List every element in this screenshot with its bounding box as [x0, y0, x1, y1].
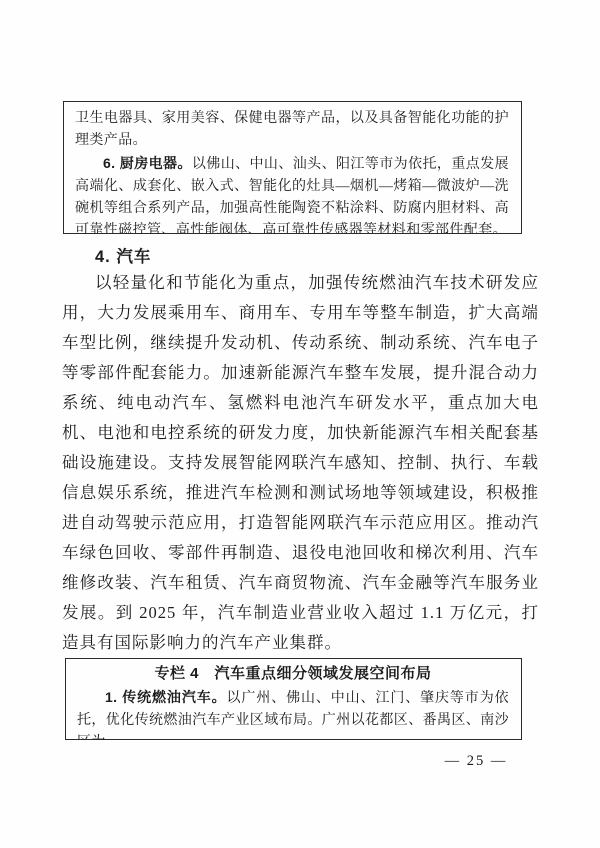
kitchen-appliances-item: 6. 厨房电器。以佛山、中山、汕头、阳江等市为依托，重点发展高端化、成套化、嵌入…: [75, 152, 509, 234]
carryover-paragraph: 卫生电器具、家用美容、保健电器等产品，以及具备智能化功能的护理类产品。: [75, 108, 509, 152]
traditional-fuel-vehicles-item-lead: 1. 传统燃油汽车。: [105, 689, 227, 705]
column-4-title: 专栏 4 汽车重点细分领域发展空间布局: [77, 662, 509, 686]
section-4-heading: 4. 汽车: [95, 243, 151, 267]
carryover-paragraph-text: 卫生电器具、家用美容、保健电器等产品，以及具备智能化功能的护理类产品。: [75, 111, 509, 148]
appliances-callout-box: 卫生电器具、家用美容、保健电器等产品，以及具备智能化功能的护理类产品。 6. 厨…: [63, 101, 522, 234]
traditional-fuel-vehicles-item: 1. 传统燃油汽车。以广州、佛山、中山、江门、肇庆等市为依托，优化传统燃油汽车产…: [77, 686, 509, 740]
kitchen-appliances-item-lead: 6. 厨房电器。: [103, 155, 192, 171]
column-4-box: 专栏 4 汽车重点细分领域发展空间布局 1. 传统燃油汽车。以广州、佛山、中山、…: [65, 658, 522, 740]
document-page: 卫生电器具、家用美容、保健电器等产品，以及具备智能化功能的护理类产品。 6. 厨…: [0, 0, 600, 848]
page-number: — 25 —: [438, 753, 514, 770]
automotive-paragraph: 以轻量化和节能化为重点，加强传统燃油汽车技术研发应用，大力发展乘用车、商用车、专…: [62, 268, 539, 660]
